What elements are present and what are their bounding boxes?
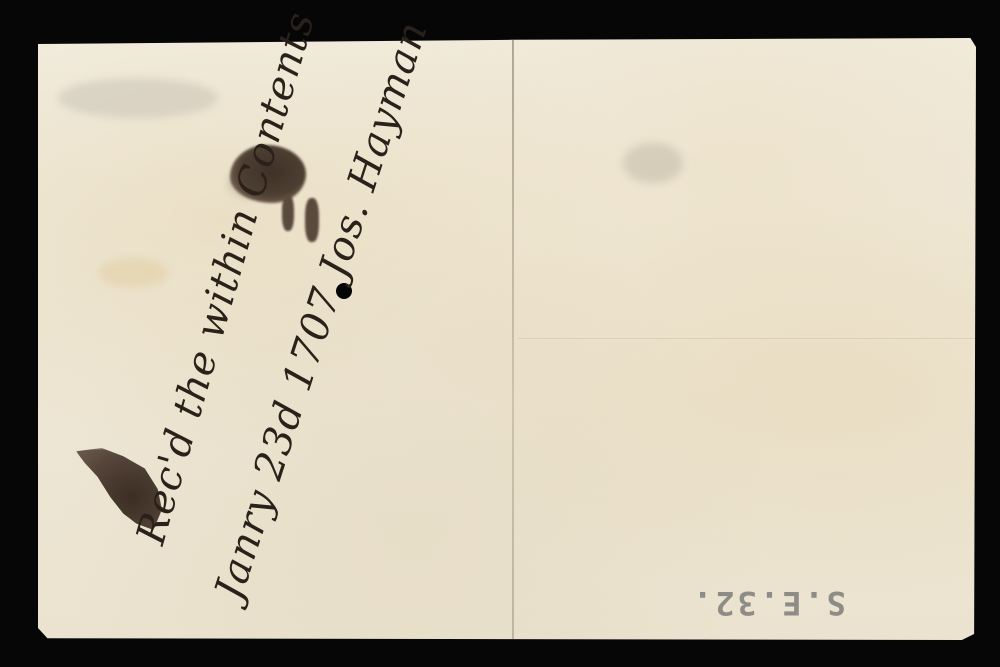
ink-drip — [305, 198, 319, 242]
center-fold — [512, 38, 514, 640]
faded-smudge — [58, 78, 218, 118]
horizontal-crease — [518, 338, 976, 339]
foxing-stain — [98, 258, 168, 288]
ink-drip — [282, 195, 294, 231]
paper-sheet — [38, 38, 976, 640]
faded-smudge — [623, 143, 683, 183]
catalog-number-stamp: S.E.32. — [690, 584, 846, 622]
